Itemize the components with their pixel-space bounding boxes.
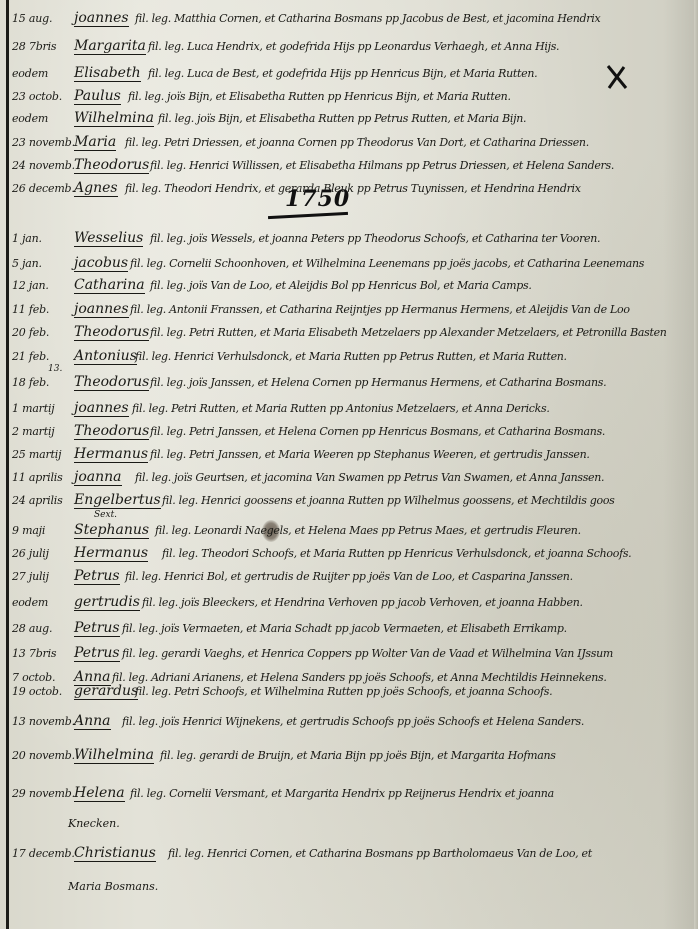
entry-name: gerardus <box>74 683 138 700</box>
entry-date: 12 jan. <box>12 279 74 292</box>
entry-name: joannes <box>74 301 129 318</box>
entry-1750-5: 21 feb. Antonius fil. leg. Henrici Verhu… <box>0 346 698 370</box>
entry-date: 23 novemb. <box>12 136 74 149</box>
entry-date: 15 aug. <box>12 12 74 25</box>
x-mark-icon <box>604 64 630 90</box>
entry-name: Anna <box>74 713 111 730</box>
entry-text: fil. leg. Petri Rutten, et Maria Elisabe… <box>150 326 667 339</box>
entry-name: joanna <box>74 469 122 486</box>
entry-date: 21 feb. <box>12 350 74 363</box>
entry-text: fil. leg. Leonardi Naegels, et Helena Ma… <box>155 524 581 537</box>
entry-text: fil. leg. Petri Driessen, et joanna Corn… <box>125 136 589 149</box>
entry-name: Theodorus <box>74 157 149 174</box>
entry-date: 27 julij <box>12 570 74 583</box>
entry-text: fil. leg. joïs Geurtsen, et jacomina Van… <box>135 471 604 484</box>
entry-text: fil. leg. Theodori Hendrix, et gerarda B… <box>125 182 581 195</box>
entry-text: fil. leg. Petri Janssen, et Maria Weeren… <box>150 448 590 461</box>
entry-date: 26 julij <box>12 547 74 560</box>
entry-date: 2 martij <box>12 425 74 438</box>
register-page: 15 aug. joannes fil. leg. Matthia Cornen… <box>0 0 698 929</box>
entry-text: fil. leg. gerardi Vaeghs, et Henrica Cop… <box>122 647 613 660</box>
entry-1750-12: 9 maji Stephanus fil. leg. Leonardi Naeg… <box>0 520 698 544</box>
entry-1750-15: eodem gertrudis fil. leg. joïs Bleeckers… <box>0 592 698 616</box>
entry-date: eodem <box>12 112 74 125</box>
entry-1749-0: 15 aug. joannes fil. leg. Matthia Cornen… <box>0 8 698 32</box>
entry-date: 1 martij <box>12 402 74 415</box>
entry-1750-22: 29 novemb. Helena fil. leg. Cornelii Ver… <box>0 783 698 807</box>
entry-text: fil. leg. Henrici Verhulsdonck, et Maria… <box>135 350 567 363</box>
entry-continuation: Maria Bosmans. <box>68 880 158 893</box>
entry-text: fil. leg. Henrici Bol, et gertrudis de R… <box>125 570 573 583</box>
entry-1749-2: eodem Elisabeth fil. leg. Luca de Best, … <box>0 63 698 87</box>
entry-1750-16: 28 aug. Petrus fil. leg. joïs Vermaeten,… <box>0 618 698 642</box>
entry-date: 13 7bris <box>12 647 74 660</box>
entry-text: fil. leg. joïs Bijn, et Elisabetha Rutte… <box>158 112 526 125</box>
entry-text: fil. leg. Cornelii Versmant, et Margarit… <box>130 787 554 800</box>
margin-annotation: Sext. <box>94 510 117 520</box>
entry-1750-8: 2 martij Theodorus fil. leg. Petri Janss… <box>0 421 698 445</box>
entry-date: 11 aprilis <box>12 471 74 484</box>
entry-name: Petrus <box>74 568 120 585</box>
entry-text: fil. leg. joïs Van de Loo, et Aleijdis B… <box>150 279 532 292</box>
entry-name: Agnes <box>74 180 118 197</box>
entry-name: Catharina <box>74 277 145 294</box>
entry-date: 20 novemb. <box>12 749 74 762</box>
entry-1749-6: 24 novemb. Theodorus fil. leg. Henrici W… <box>0 155 698 179</box>
entry-1750-17: 13 7bris Petrus fil. leg. gerardi Vaeghs… <box>0 643 698 667</box>
entry-name: Hermanus <box>74 545 148 562</box>
entry-date: 5 jan. <box>12 257 74 270</box>
entry-1750-6: 18 feb. Theodorus fil. leg. joïs Janssen… <box>0 372 698 396</box>
entry-text: fil. leg. gerardi de Bruijn, et Maria Bi… <box>160 749 556 762</box>
entry-name: Hermanus <box>74 446 148 463</box>
entry-name: Antonius <box>74 348 137 365</box>
entry-name: Wilhelmina <box>74 110 154 127</box>
entry-1750-10: 11 aprilis joanna fil. leg. joïs Geurtse… <box>0 467 698 491</box>
entry-name: gertrudis <box>74 594 140 611</box>
entry-text: fil. leg. Henrici Willissen, et Elisabet… <box>150 159 614 172</box>
entry-date: 1 jan. <box>12 232 74 245</box>
entry-date: 23 octob. <box>12 90 74 103</box>
entry-text: fil. leg. Petri Rutten, et Maria Rutten … <box>132 402 550 415</box>
entry-name: Margarita <box>74 38 146 55</box>
year-heading: 1750 <box>285 186 350 212</box>
entry-text: fil. leg. joïs Bleeckers, et Hendrina Ve… <box>142 596 583 609</box>
entry-1749-1: 28 7bris Margarita fil. leg. Luca Hendri… <box>0 36 698 60</box>
entry-name: Petrus <box>74 645 120 662</box>
entry-name: Theodorus <box>74 324 149 341</box>
entry-1749-3: 23 octob. Paulus fil. leg. joïs Bijn, et… <box>0 86 698 110</box>
entry-1750-9: 25 martij Hermanus fil. leg. Petri Janss… <box>0 444 698 468</box>
entry-1750-0: 1 jan. Wesselius fil. leg. joïs Wessels,… <box>0 228 698 252</box>
entry-date: 24 aprilis <box>12 494 74 507</box>
entry-name: Wesselius <box>74 230 143 247</box>
entry-1750-19: 19 octob. gerardus fil. leg. Petri Schoo… <box>0 681 698 705</box>
entry-text: fil. leg. Luca de Best, et godefrida Hij… <box>148 67 537 80</box>
entry-1750-23: 17 decemb. Christianus fil. leg. Henrici… <box>0 843 698 867</box>
entry-date: 29 novemb. <box>12 787 74 800</box>
entry-name: Maria <box>74 134 116 151</box>
entry-date: 28 aug. <box>12 622 74 635</box>
entry-date: 20 feb. <box>12 326 74 339</box>
entry-1750-3: 11 feb. joannes fil. leg. Antonii Franss… <box>0 299 698 323</box>
entry-text: fil. leg. Henrici goossens et joanna Rut… <box>162 494 615 507</box>
entry-text: fil. leg. Antonii Franssen, et Catharina… <box>130 303 630 316</box>
entry-1749-5: 23 novemb. Maria fil. leg. Petri Driesse… <box>0 132 698 156</box>
entry-text: fil. leg. Matthia Cornen, et Catharina B… <box>135 12 600 25</box>
entry-name: Petrus <box>74 620 120 637</box>
entry-text: fil. leg. joïs Wessels, et joanna Peters… <box>150 232 600 245</box>
entry-name: Theodorus <box>74 423 149 440</box>
entry-1750-20: 13 novemb. Anna fil. leg. joïs Henrici W… <box>0 711 698 735</box>
entry-continuation: Knecken. <box>68 817 120 830</box>
entry-name: Wilhelmina <box>74 747 154 764</box>
entry-1750-1: 5 jan. jacobus fil. leg. Cornelii Schoon… <box>0 253 698 277</box>
entry-1750-14: 27 julij Petrus fil. leg. Henrici Bol, e… <box>0 566 698 590</box>
entry-text: fil. leg. Luca Hendrix, et godefrida Hij… <box>148 40 559 53</box>
entry-date: 19 octob. <box>12 685 74 698</box>
entry-1750-7: 1 martij joannes fil. leg. Petri Rutten,… <box>0 398 698 422</box>
entry-name: Elisabeth <box>74 65 141 82</box>
entry-text: fil. leg. Henrici Cornen, et Catharina B… <box>168 847 592 860</box>
entry-name: Stephanus <box>74 522 149 539</box>
entry-name: Christianus <box>74 845 156 862</box>
year-underline <box>268 212 348 219</box>
entry-name: Engelbertus <box>74 492 161 509</box>
entry-name: joannes <box>74 10 129 27</box>
entry-date: 17 decemb. <box>12 847 74 860</box>
entry-text: fil. leg. Theodori Schoofs, et Maria Rut… <box>162 547 631 560</box>
entry-date: 13 novemb. <box>12 715 74 728</box>
entry-name: Helena <box>74 785 125 802</box>
entry-text: fil. leg. Cornelii Schoonhoven, et Wilhe… <box>130 257 644 270</box>
entry-text: fil. leg. Petri Schoofs, et Wilhelmina R… <box>135 685 552 698</box>
entry-date: 28 7bris <box>12 40 74 53</box>
entry-date: 25 martij <box>12 448 74 461</box>
entry-date: 26 decemb. <box>12 182 74 195</box>
entry-text: fil. leg. joïs Vermaeten, et Maria Schad… <box>122 622 567 635</box>
entry-date: 24 novemb. <box>12 159 74 172</box>
entry-text: fil. leg. Petri Janssen, et Helena Corne… <box>150 425 605 438</box>
entry-name: joannes <box>74 400 129 417</box>
entry-text: fil. leg. joïs Bijn, et Elisabetha Rutte… <box>128 90 511 103</box>
entry-1750-13: 26 julij Hermanus fil. leg. Theodori Sch… <box>0 543 698 567</box>
entry-text: fil. leg. joïs Janssen, et Helena Cornen… <box>150 376 606 389</box>
entry-name: jacobus <box>74 255 128 272</box>
entry-1750-2: 12 jan. Catharina fil. leg. joïs Van de … <box>0 275 698 299</box>
entry-date: eodem <box>12 596 74 609</box>
entry-name: Paulus <box>74 88 121 105</box>
entry-1749-4: eodem Wilhelmina fil. leg. joïs Bijn, et… <box>0 108 698 132</box>
entry-date: 11 feb. <box>12 303 74 316</box>
entry-text: fil. leg. joïs Henrici Wijnekens, et ger… <box>122 715 584 728</box>
entry-1750-4: 20 feb. Theodorus fil. leg. Petri Rutten… <box>0 322 698 346</box>
entry-date: 9 maji <box>12 524 74 537</box>
entry-1750-21: 20 novemb. Wilhelmina fil. leg. gerardi … <box>0 745 698 769</box>
entry-date: 18 feb. <box>12 376 74 389</box>
entry-name: Theodorus <box>74 374 149 391</box>
entry-date: eodem <box>12 67 74 80</box>
